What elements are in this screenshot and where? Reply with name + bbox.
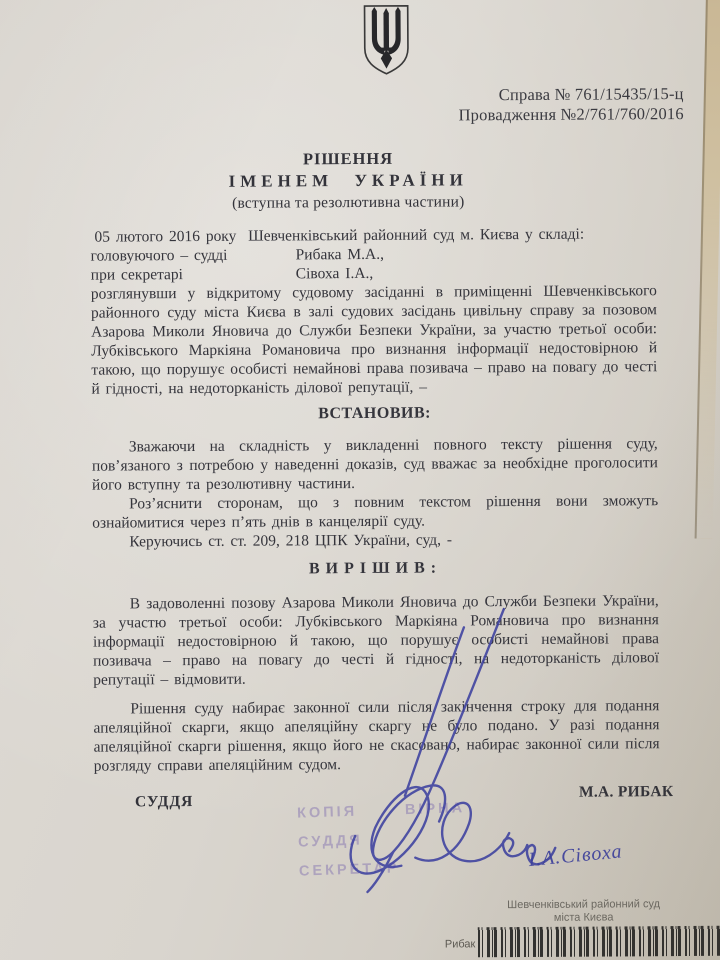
case-numbers: Справа № 761/15435/15-ц Провадження №2/7… xyxy=(458,84,683,125)
document-photo: Справа № 761/15435/15-ц Провадження №2/7… xyxy=(0,0,720,960)
court-stamp-line: міста Києва xyxy=(445,911,720,926)
established-heading: ВСТАНОВИВ: xyxy=(92,402,658,424)
composition-name: Сівоха І.А., xyxy=(296,264,374,283)
composition-name: Рибака М.А., xyxy=(296,245,384,265)
composition-role: головуючого – судді xyxy=(91,245,296,265)
case-description: розглянувши у відкритому судовому засіда… xyxy=(91,281,658,398)
document-subtitle: ІМЕНЕМ УКРАЇНИ xyxy=(0,169,698,193)
document-title: РІШЕННЯ xyxy=(0,147,698,171)
case-number: Справа № 761/15435/15-ц xyxy=(458,84,683,105)
judge-label: СУДДЯ xyxy=(135,793,193,811)
established-paragraph: Зважаючи на складність у викладенні повн… xyxy=(92,434,658,494)
intro-line: 05 лютого 2016 року Шевченківський район… xyxy=(90,224,656,246)
court-registry-stamp: Шевченківський районний суд міста Києва … xyxy=(445,898,720,958)
document-title-block: РІШЕННЯ ІМЕНЕМ УКРАЇНИ (вступна та резол… xyxy=(0,147,698,214)
barcode-row: Рибак xyxy=(445,926,720,958)
barcode-label: Рибак xyxy=(445,938,479,957)
established-paragraph: Роз’яснити сторонам, що з повним текстом… xyxy=(92,491,658,532)
ukraine-trident-emblem-icon xyxy=(359,3,413,77)
decided-heading: ВИРІШИВ: xyxy=(92,557,658,579)
proceeding-number: Провадження №2/761/760/2016 xyxy=(458,104,683,125)
barcode xyxy=(478,926,720,957)
paper-sheet: Справа № 761/15435/15-ц Провадження №2/7… xyxy=(0,0,720,960)
document-title-note: (вступна та резолютивна частини) xyxy=(0,192,698,214)
composition-role: при секретарі xyxy=(91,264,296,284)
established-paragraph: Керуючись ст. ст. 209, 218 ЦПК України, … xyxy=(92,529,658,551)
